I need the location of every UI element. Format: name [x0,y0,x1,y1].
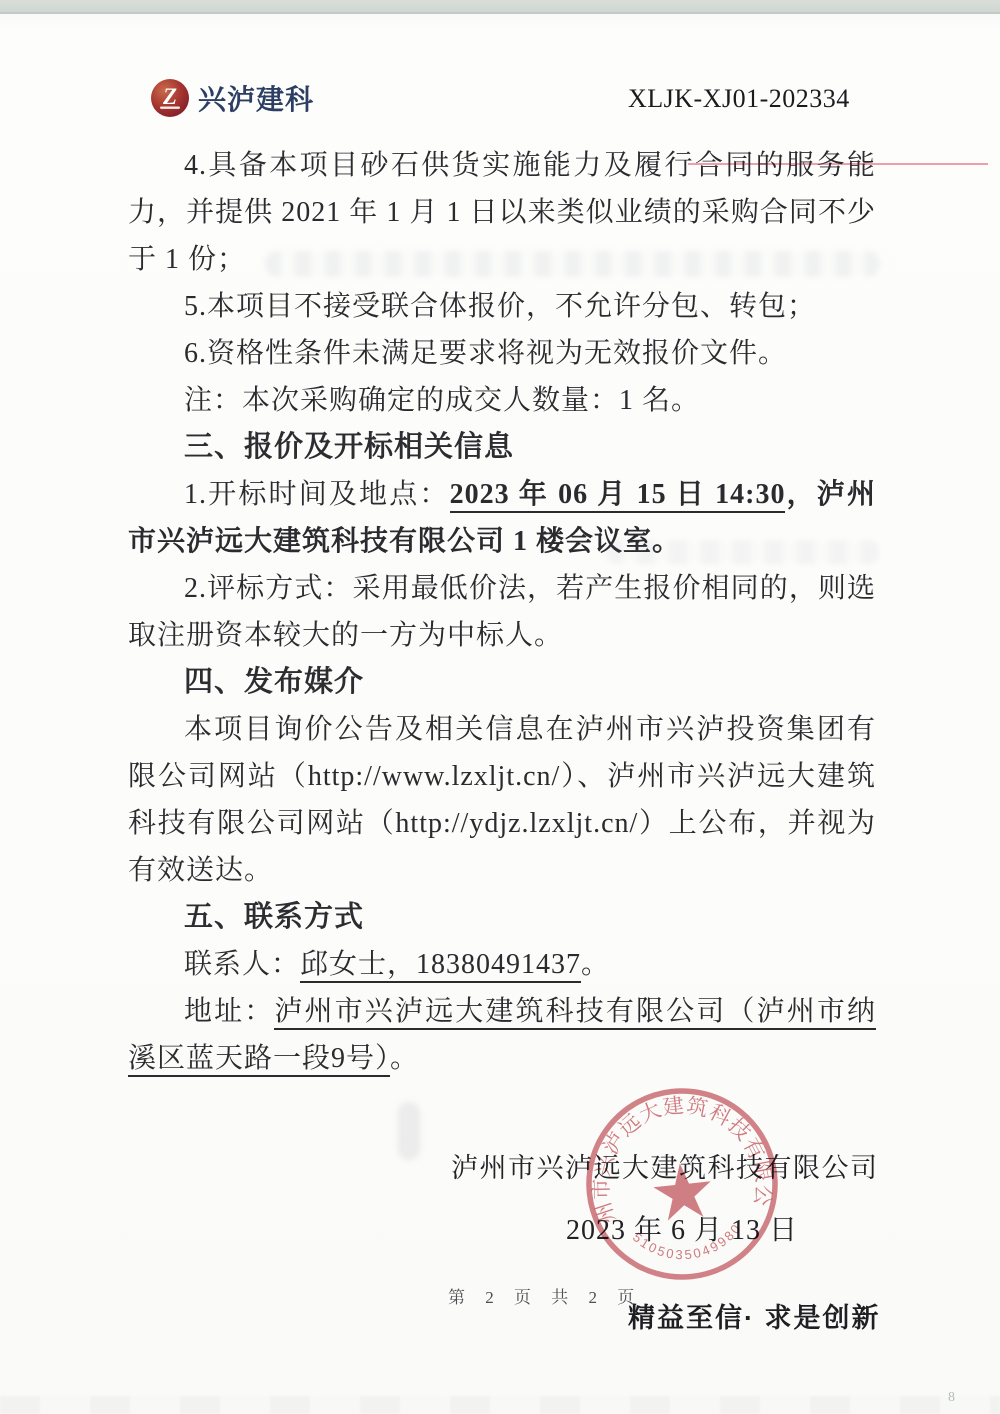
logo-text: 兴泸建科 [198,78,314,118]
scan-top-edge [0,0,1000,14]
section-3-heading: 三、报价及开标相关信息 [128,424,876,471]
contact-label: 联系人： [184,949,300,980]
bid-datetime: 2023 年 06 月 15 日 14:30 [450,479,786,513]
bid-time-label: 1.开标时间及地点： [184,479,450,510]
contact-value: 邱女士，18380491437 [300,949,581,983]
scanned-document-page: Z 兴泸建科 XLJK-XJ01-202334 4.具备本项目砂石供货实施能力及… [0,0,1000,1414]
svg-text:Z: Z [162,84,177,109]
address-period: 。 [390,1043,419,1074]
scan-bottom-texture [0,1396,1000,1414]
eval-method-paragraph: 2.评标方式：采用最低价法，若产生报价相同的，则选取注册资本较大的一方为中标人。 [128,565,876,659]
company-seal-stamp: 泸州市兴泸远大建筑科技有限公司 5105035049980 [566,1068,799,1301]
section-4-heading: 四、发布媒介 [128,659,876,706]
footer-slogan: 精益至信· 求是创新 [628,1296,881,1335]
document-number: XLJK-XJ01-202334 [628,84,850,114]
note-line: 注：本次采购确定的成交人数量：1 名。 [128,377,876,424]
xinglu-logo-icon: Z [150,78,190,118]
seal-star-icon [651,1160,714,1221]
bid-time-paragraph: 1.开标时间及地点：2023 年 06 月 15 日 14:30，泸州市兴泸远大… [128,471,876,565]
bleed-through-smudge [398,1102,420,1160]
contact-paragraph: 联系人：邱女士，18380491437。 [128,941,876,988]
section-5-heading: 五、联系方式 [128,894,876,941]
clause-6: 6.资格性条件未满足要求将视为无效报价文件。 [128,330,876,377]
address-label: 地址： [184,996,274,1027]
svg-text:5105035049980: 5105035049980 [629,1219,748,1268]
page-number: 第 2 页 共 2 页 [448,1283,642,1308]
clause-4: 4.具备本项目砂石供货实施能力及履行合同的服务能力，并提供 2021 年 1 月… [128,142,876,283]
document-body: 4.具备本项目砂石供货实施能力及履行合同的服务能力，并提供 2021 年 1 月… [128,142,876,1082]
seal-serial-number: 5105035049980 [629,1219,748,1268]
company-logo: Z 兴泸建科 [150,78,314,118]
media-paragraph: 本项目询价公告及相关信息在泸州市兴泸投资集团有限公司网站（http://www.… [128,706,876,894]
clause-5: 5.本项目不接受联合体报价，不允许分包、转包； [128,283,876,330]
contact-period: 。 [581,949,610,980]
